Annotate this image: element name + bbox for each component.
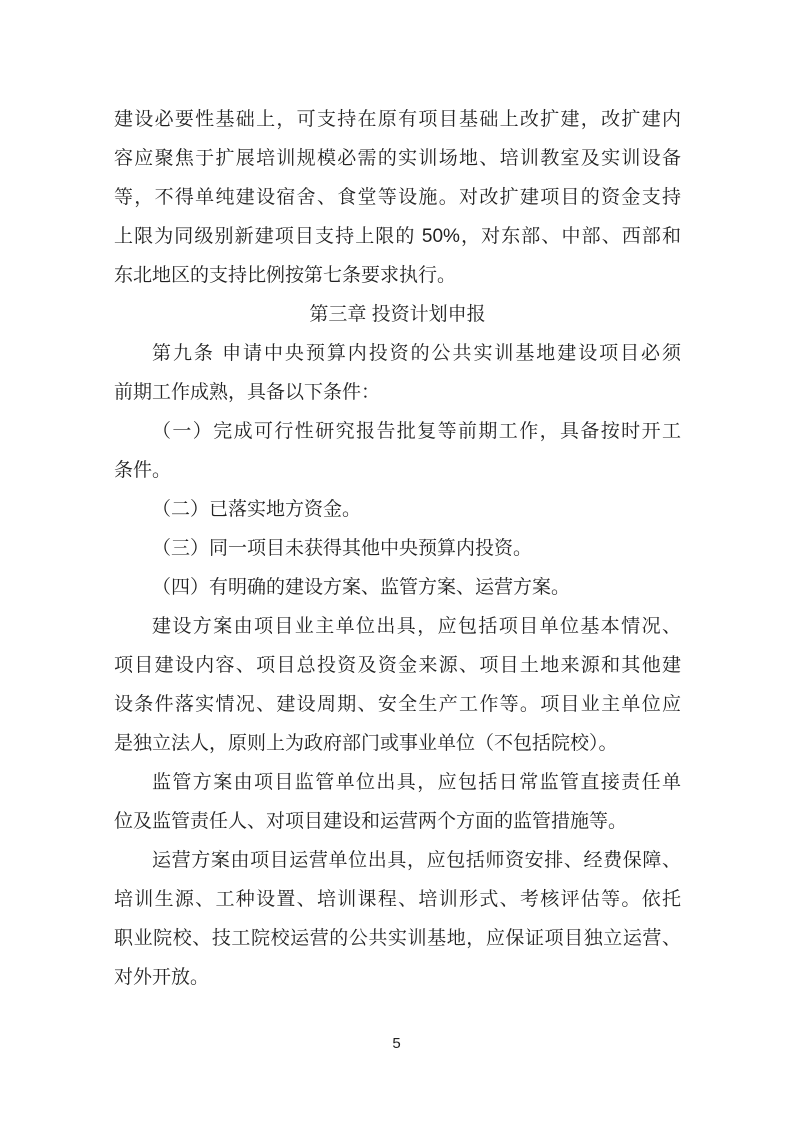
- text-line: （四）有明确的建设方案、监管方案、运营方案。: [114, 568, 681, 607]
- text-line: 前期工作成熟，具备以下条件：: [114, 373, 681, 412]
- text-line: 是独立法人，原则上为政府部门或事业单位（不包括院校）。: [114, 724, 681, 763]
- text-line: 建设方案由项目业主单位出具，应包括项目单位基本情况、: [114, 607, 681, 646]
- text-line: 监管方案由项目监管单位出具，应包括日常监管直接责任单: [114, 763, 681, 802]
- text-line: 东北地区的支持比例按第七条要求执行。: [114, 256, 681, 295]
- document-body: 建设必要性基础上，可支持在原有项目基础上改扩建，改扩建内 容应聚焦于扩展培训规模…: [114, 100, 681, 997]
- text-line: 培训生源、工种设置、培训课程、培训形式、考核评估等。依托: [114, 880, 681, 919]
- page-number: 5: [0, 1034, 793, 1054]
- document-page: 建设必要性基础上，可支持在原有项目基础上改扩建，改扩建内 容应聚焦于扩展培训规模…: [0, 0, 793, 1122]
- text-line: 设条件落实情况、建设周期、安全生产工作等。项目业主单位应: [114, 685, 681, 724]
- text-line: 运营方案由项目运营单位出具，应包括师资安排、经费保障、: [114, 841, 681, 880]
- text-line: 上限为同级别新建项目支持上限的 50%，对东部、中部、西部和: [114, 217, 681, 256]
- text-line: 等，不得单纯建设宿舍、食堂等设施。对改扩建项目的资金支持: [114, 178, 681, 217]
- text-line: 位及监管责任人、对项目建设和运营两个方面的监管措施等。: [114, 802, 681, 841]
- text-line: 职业院校、技工院校运营的公共实训基地，应保证项目独立运营、: [114, 919, 681, 958]
- text-line: （三）同一项目未获得其他中央预算内投资。: [114, 529, 681, 568]
- text-line: 建设必要性基础上，可支持在原有项目基础上改扩建，改扩建内: [114, 100, 681, 139]
- text-line: 对外开放。: [114, 958, 681, 997]
- text-line: 项目建设内容、项目总投资及资金来源、项目土地来源和其他建: [114, 646, 681, 685]
- text-line: 容应聚焦于扩展培训规模必需的实训场地、培训教室及实训设备: [114, 139, 681, 178]
- text-line: 第九条 申请中央预算内投资的公共实训基地建设项目必须: [114, 334, 681, 373]
- chapter-heading: 第三章 投资计划申报: [114, 295, 681, 334]
- text-line: （二）已落实地方资金。: [114, 490, 681, 529]
- text-line: （一）完成可行性研究报告批复等前期工作，具备按时开工: [114, 412, 681, 451]
- text-line: 条件。: [114, 451, 681, 490]
